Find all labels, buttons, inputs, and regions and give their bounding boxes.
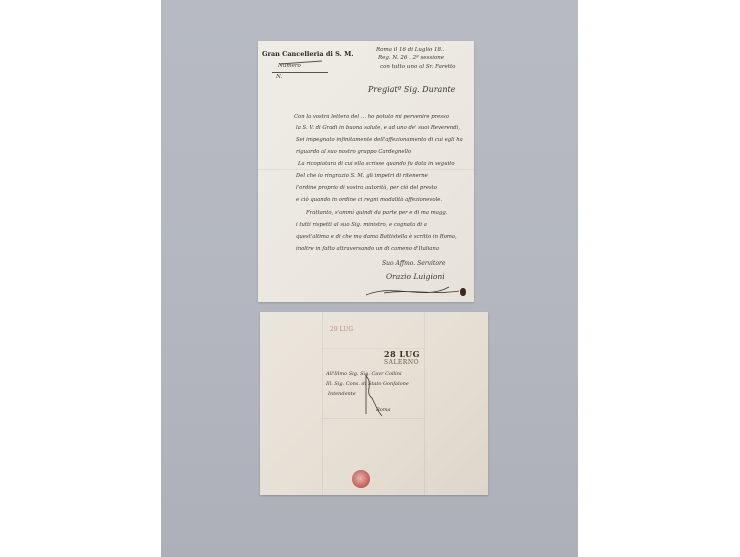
postmark-date: 28 LUG — [384, 350, 420, 358]
body-line: riguardo al suo nostro gruppo Cardegnell… — [296, 150, 411, 155]
body-line: i tutti rispetti al suo Sig. ministro, e… — [296, 223, 427, 228]
fold-line — [424, 312, 425, 495]
body-line: Frattanto, s'ammì quindi da parte per e … — [306, 211, 447, 216]
body-line: l'ordine proprio di vostra autorità, per… — [296, 186, 437, 191]
dateline-1: Roma il 16 di Luglio 18.. — [376, 48, 445, 54]
body-line: e ciò quando in ordine ci regni modalità… — [296, 198, 442, 203]
ref-label: Numero — [278, 64, 301, 70]
dateline-2: Reg. N. 26 . 2ª sessione — [378, 56, 444, 62]
body-line: La ricopiatura di cui ella scrisse quand… — [298, 162, 455, 167]
body-line: Con la vostra lettera del … ho potuto mi… — [294, 115, 449, 120]
envelope-cover: 29 LUG 28 LUG SALERNO All'Illmo Sig. Sig… — [260, 312, 488, 495]
address-line: Intendente — [328, 392, 356, 397]
letterhead: Gran Cancelleria di S. M. — [262, 51, 354, 58]
closing: Suo Affmo. Servitore — [382, 261, 445, 267]
wax-seal — [352, 470, 370, 488]
ref-rule — [272, 72, 328, 73]
body-line: inoltre in fatto attraversando un di cam… — [296, 247, 439, 252]
signature-flourish — [364, 281, 464, 299]
dateline-3: con tutto uno al Sr. Faretto — [380, 65, 455, 71]
postmark-town: SALERNO — [384, 360, 419, 366]
body-line: Sei impegnato infinitamente dell'affezio… — [296, 138, 463, 143]
salutation: Pregiatº Sig. Durante — [368, 86, 455, 94]
fold-line — [322, 418, 424, 419]
signature: Orazio Luigioni — [386, 273, 445, 281]
fold-line — [322, 312, 323, 495]
ink-blot — [460, 288, 466, 296]
handwritten-letter: Gran Cancelleria di S. M. Numero N. Roma… — [258, 41, 474, 302]
faint-postmark: 29 LUG — [330, 326, 353, 333]
ref-sub: N. — [276, 75, 282, 81]
body-line: Del che io ringrazio S. M. gli impetri d… — [296, 174, 428, 179]
body-line: quest'altima e di che ma dama Battistell… — [296, 235, 457, 240]
address-flourish — [356, 372, 384, 418]
fold-line — [258, 169, 474, 170]
body-line: la S. V. di Gradi in buona salute, e ad … — [296, 126, 460, 131]
